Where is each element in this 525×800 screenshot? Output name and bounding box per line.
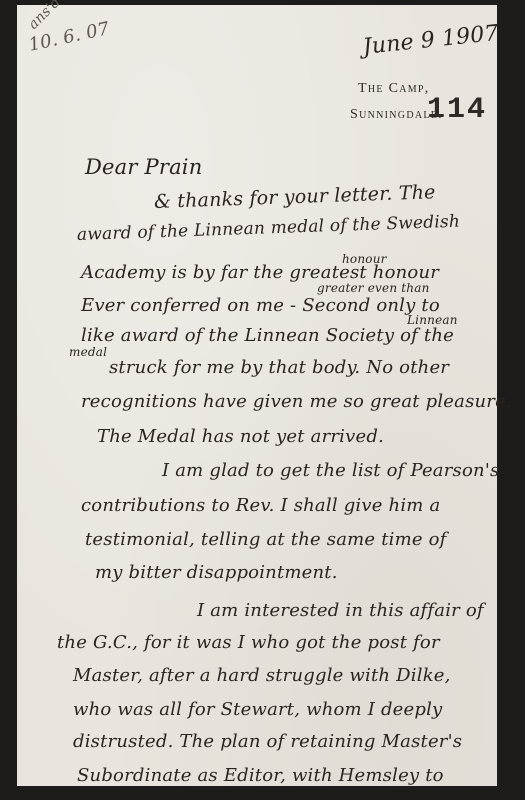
letter-date: June 9 1907 [362, 21, 500, 60]
body-line-15: Master, after a hard struggle with Dilke… [73, 665, 451, 686]
salutation: Dear Prain [85, 155, 202, 179]
body-line-8: The Medal has not yet arrived. [97, 426, 384, 447]
body-line-6: struck for me by that body. No other [109, 357, 449, 378]
body-line-14: the G.C., for it was I who got the post … [57, 632, 440, 653]
body-line-5: like award of the Linnean Society of the [81, 325, 454, 346]
letter-page: ans'd 10. 6. 07 June 9 1907 The Camp, Su… [17, 5, 497, 786]
body-line-12: my bitter disappointment. [95, 562, 338, 583]
body-line-1: & thanks for your letter. The [154, 181, 436, 213]
body-line-18: Subordinate as Editor, with Hemsley to [77, 765, 444, 786]
insertion-greater-even-than: greater even than [317, 281, 430, 295]
letterhead-line-1: The Camp, [358, 81, 430, 97]
body-line-17: distrusted. The plan of retaining Master… [73, 731, 462, 752]
body-line-4: Ever conferred on me - Second only to [81, 295, 440, 316]
body-line-10: contributions to Rev. I shall give him a [81, 495, 440, 516]
body-line-16: who was all for Stewart, whom I deeply [73, 699, 442, 720]
body-line-3: Academy is by far the greatest honour [81, 262, 439, 283]
body-line-13: I am interested in this affair of [197, 600, 484, 621]
insertion-medal: medal [69, 345, 107, 359]
body-line-9: I am glad to get the list of Pearson's [162, 460, 499, 481]
folio-number-stamp: 114 [427, 93, 487, 127]
body-line-7: recognitions have given me so great plea… [81, 391, 512, 412]
body-line-11: testimonial, telling at the same time of [85, 529, 447, 550]
body-line-2: award of the Linnean medal of the Swedis… [77, 212, 461, 245]
